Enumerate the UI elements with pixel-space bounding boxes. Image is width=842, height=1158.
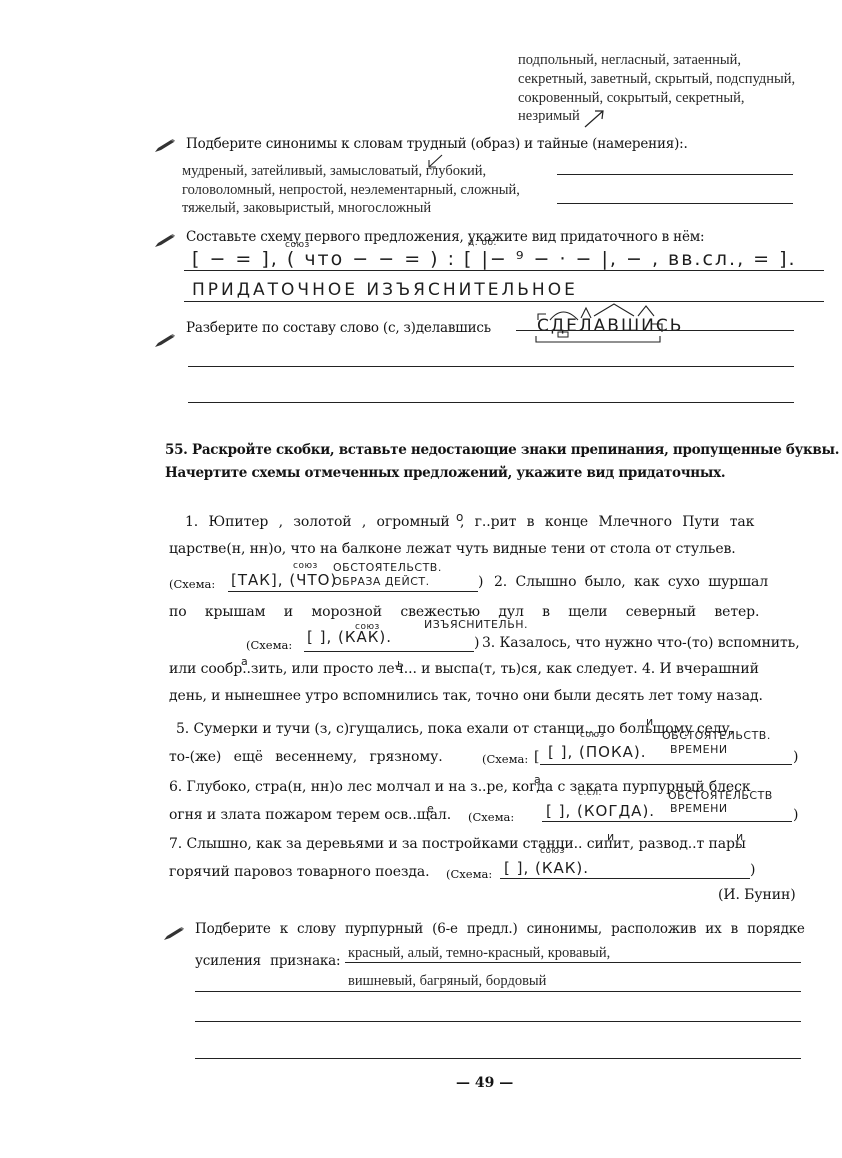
inserted-letter: о xyxy=(456,510,464,524)
exercise-line: 3. Казалось, что нужно что-(то) вспомнит… xyxy=(482,635,800,651)
schema-union: союз xyxy=(540,846,565,856)
answer-rule xyxy=(184,301,824,302)
schema-type: образа дейст. xyxy=(333,575,430,588)
answer-rule xyxy=(195,1058,801,1059)
answer-rule xyxy=(195,1021,801,1022)
task-prompt: Подберите к слову пурпурный (6-е предл.)… xyxy=(195,921,805,937)
pencil-icon xyxy=(154,334,176,348)
exercise-line: 6. Глубоко, стра(н, нн)о лес молчал и на… xyxy=(169,779,751,795)
answer-line: секретный, заветный, скрытый, подспудный… xyxy=(518,71,795,88)
scheme-handwritten: [ − = ], ( что − − = ) : [ |− ⁹ − · − |,… xyxy=(192,248,797,270)
answer-line: тяжелый, заковыристый, многосложный xyxy=(182,200,431,217)
answer-line: мудреный, затейливый, замысловатый, глуб… xyxy=(182,163,486,180)
answer-line: красный, алый, темно-красный, кровавый, xyxy=(348,945,610,962)
schema-type: изъяснительн. xyxy=(424,618,528,631)
answer-line: подпольный, негласный, затаенный, xyxy=(518,52,741,69)
exercise-line: 2. Слышно было, как сухо шуршал xyxy=(494,574,768,590)
exercise-heading: Начертите схемы отмеченных предложений, … xyxy=(165,465,725,481)
answer-rule xyxy=(345,962,801,963)
schema-handwritten: [ ], (ПОКА). xyxy=(548,743,646,761)
schema-rule xyxy=(542,821,792,822)
schema-label: (Схема: xyxy=(246,638,292,652)
pencil-icon xyxy=(154,139,176,153)
schema-union: с.сл. xyxy=(578,788,602,798)
schema-union: союз xyxy=(580,730,605,740)
schema-label: (Схема: xyxy=(482,752,528,766)
schema-bracket: [ xyxy=(534,749,539,765)
exercise-line: день, и нынешнее утро вспомнились так, т… xyxy=(169,688,763,704)
schema-close: ) xyxy=(750,862,755,878)
task-prompt: Подберите синонимы к словам трудный (обр… xyxy=(186,136,688,152)
answer-rule xyxy=(516,330,794,331)
schema-close: ) xyxy=(793,807,798,823)
schema-type: времени xyxy=(670,802,728,815)
exercise-line: 7. Слышно, как за деревьями и за построй… xyxy=(169,836,746,852)
exercise-heading: 55. Раскройте скобки, вставьте недостающ… xyxy=(165,442,839,458)
answer-line: головоломный, непростой, неэлементарный,… xyxy=(182,182,520,199)
pencil-icon xyxy=(163,927,185,941)
answer-rule xyxy=(557,203,793,204)
schema-close: ) xyxy=(478,574,483,590)
inserted-letter: а xyxy=(241,655,248,668)
pencil-icon xyxy=(154,234,176,248)
schema-label: (Схема: xyxy=(468,810,514,824)
schema-type: обстоятельств. xyxy=(333,561,442,574)
exercise-line: 1. Юпитер , золотой , огромный , г..рит … xyxy=(185,514,754,530)
exercise-line: горячий паровоз товарного поезда. xyxy=(169,864,430,880)
inserted-letter: и xyxy=(736,830,744,843)
schema-rule xyxy=(228,591,478,592)
inserted-letter: а xyxy=(534,773,541,786)
answer-line: вишневый, багряный, бордовый xyxy=(348,973,546,990)
inserted-letter: е xyxy=(427,802,434,815)
inserted-letter: и xyxy=(646,715,654,728)
task-prompt: Составьте схему первого предложения, ука… xyxy=(186,229,704,245)
schema-handwritten: [ ], (КОГДА). xyxy=(546,802,655,820)
clause-type-handwritten: придаточное изъяснительное xyxy=(192,280,578,300)
annotation-dop: д. об. xyxy=(468,238,497,248)
schema-union: союз xyxy=(293,561,318,571)
schema-type: времени xyxy=(670,743,728,756)
schema-close: ) xyxy=(474,635,479,651)
exercise-line: царстве(н, нн)о, что на балконе лежат чу… xyxy=(169,541,736,557)
arrow-up-icon xyxy=(583,107,609,129)
schema-type: обстоятельств. xyxy=(662,729,771,742)
exercise-line: или сообр..зить, или просто леч... и выс… xyxy=(169,661,759,677)
answer-rule xyxy=(184,270,824,271)
schema-close: ) xyxy=(793,749,798,765)
schema-label: (Схема: xyxy=(169,577,215,591)
author-attribution: (И. Бунин) xyxy=(718,887,796,903)
inserted-letter: и xyxy=(607,830,615,843)
answer-rule xyxy=(557,174,793,175)
schema-handwritten: [ ], (КАК). xyxy=(504,859,589,877)
schema-rule xyxy=(304,651,474,652)
schema-type: обстоятельств xyxy=(668,789,773,802)
task-prompt: усиления признака: xyxy=(195,953,340,969)
inserted-letter: ь xyxy=(397,657,404,670)
exercise-line: то-(же) ещё весеннему, грязному. xyxy=(169,749,443,765)
schema-label: (Схема: xyxy=(446,867,492,881)
answer-line: сокровенный, сокрытый, секретный, xyxy=(518,90,745,107)
answer-line: незримый xyxy=(518,108,580,125)
schema-rule xyxy=(500,878,750,879)
answer-rule xyxy=(195,991,801,992)
answer-rule xyxy=(188,402,794,403)
page-number: — 49 — xyxy=(456,1075,513,1091)
morpheme-marks-icon xyxy=(528,302,688,347)
schema-handwritten: [ ], (КАК). xyxy=(307,628,392,646)
exercise-line: огня и злата пожаром терем осв..щал. xyxy=(169,807,451,823)
schema-rule xyxy=(540,764,792,765)
answer-rule xyxy=(188,366,794,367)
task-prompt: Разберите по составу слово (с, з)делавши… xyxy=(186,320,491,336)
schema-handwritten: [ТАК], (ЧТО) xyxy=(231,571,337,589)
